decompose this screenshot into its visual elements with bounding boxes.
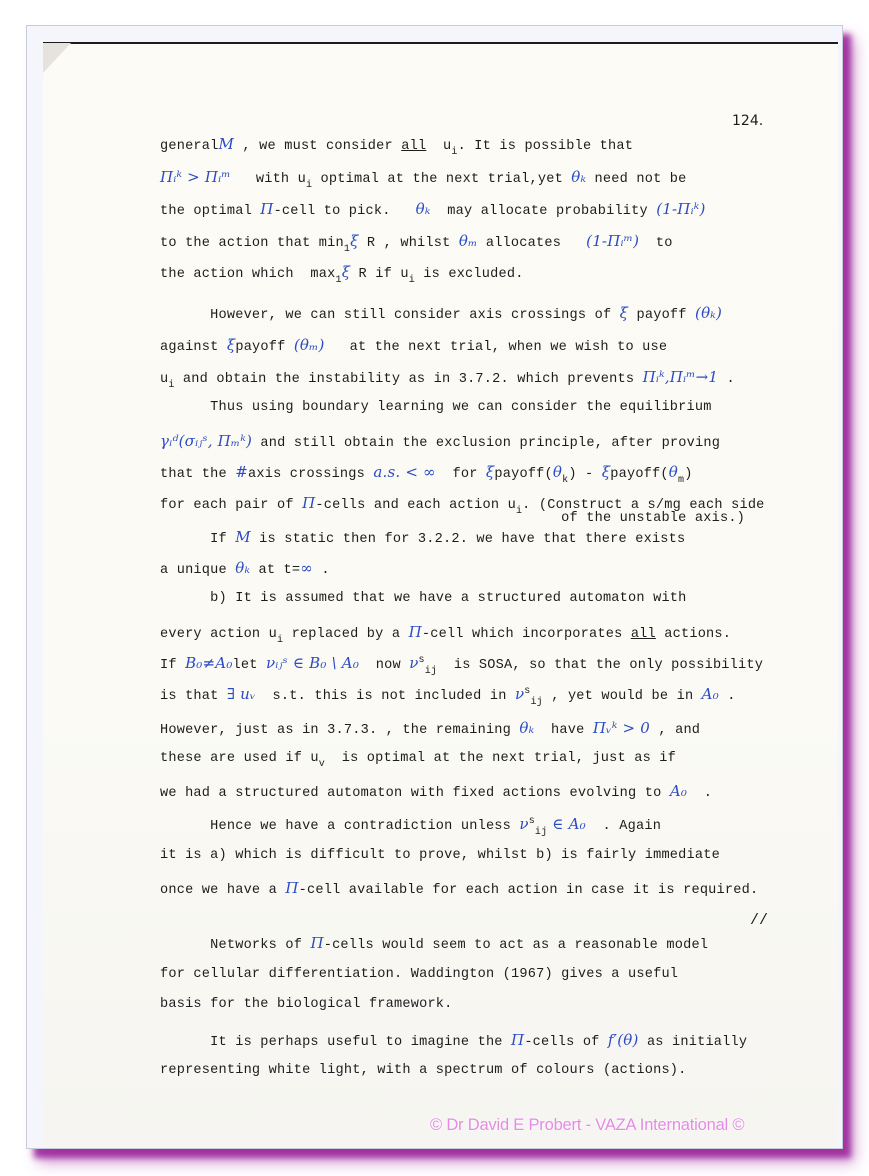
typed-text: at the next trial, when we wish to use [325, 340, 668, 355]
text-line: Networks of Π-cells would seem to act as… [160, 934, 708, 953]
typed-text: allocates [477, 236, 586, 251]
subscript: i [409, 275, 415, 286]
typed-text: axis crossings [248, 467, 373, 482]
typed-text: , and [650, 723, 700, 738]
typed-text: R , whilst [359, 236, 459, 251]
typed-text: we had a structured automaton with fixed… [160, 786, 670, 801]
folded-corner [43, 43, 71, 73]
subscript: 1 [344, 244, 350, 255]
handwritten-annotation: M [219, 135, 235, 153]
typed-text: . [313, 563, 330, 578]
typed-text: a unique [160, 563, 235, 578]
typed-text: -cells of [524, 1035, 608, 1050]
typed-text: once we have a [160, 883, 285, 898]
typed-text: may allocate probability [431, 204, 657, 219]
typed-text: If [160, 532, 235, 547]
typed-text: is excluded. [415, 267, 524, 282]
typed-text: for cellular differentiation. Waddington… [160, 967, 678, 982]
text-line: for cellular differentiation. Waddington… [160, 967, 678, 982]
handwritten-annotation: ξ [350, 232, 358, 250]
handwritten-annotation: νᵢⱼˢ ∈ B₀ \ A₀ [266, 654, 359, 672]
typed-text: . Again [586, 819, 661, 834]
handwritten-annotation: θₖ [416, 200, 431, 218]
text-line: It is perhaps useful to imagine the Π-ce… [160, 1031, 747, 1050]
typed-text: Networks of [160, 938, 310, 953]
typed-text: is that [160, 689, 227, 704]
typed-text: , we must consider [234, 139, 401, 154]
handwritten-annotation: M [235, 528, 251, 546]
superscript: s [419, 655, 425, 666]
typed-text: replaced by a [283, 627, 408, 642]
subscript: ij [535, 827, 547, 838]
typed-text: payoff( [494, 467, 553, 482]
typed-text: at t= [250, 563, 300, 578]
text-line: Hence we have a contradiction unless νsi… [160, 815, 661, 834]
handwritten-annotation: Πᵢᵏ,Πᵢᵐ→1 [643, 368, 719, 386]
typed-text: it is a) which is difficult to prove, wh… [160, 848, 720, 863]
text-line: is that ∃ uᵥ s.t. this is not included i… [160, 685, 736, 704]
typed-text: . [719, 689, 736, 704]
text-line: If M is static then for 3.2.2. we have t… [160, 528, 685, 547]
subscript: ij [530, 697, 542, 708]
typed-text: to [639, 236, 672, 251]
underlined-word: all [631, 627, 656, 642]
subscript: 1 [336, 275, 342, 286]
handwritten-annotation: (1-Πᵢᵏ) [656, 200, 705, 218]
typed-text: If [160, 658, 185, 673]
subscript: ij [425, 666, 437, 677]
typed-text: representing white light, with a spectru… [160, 1063, 687, 1078]
typed-text: However, just as in 3.7.3. , the remaini… [160, 723, 519, 738]
text-line: that the #axis crossings a.s. < ∞ for ξp… [160, 463, 693, 482]
handwritten-annotation: ξ [342, 263, 350, 281]
handwritten-annotation: A₀ [702, 685, 719, 703]
text-line: we had a structured automaton with fixed… [160, 782, 712, 801]
text-line: a unique θₖ at t=∞ . [160, 559, 330, 578]
typed-text: that the [160, 467, 235, 482]
typed-text: the action which max [160, 267, 336, 282]
typed-text: let [233, 658, 266, 673]
typed-text: payoff [235, 340, 294, 355]
subscript: v [319, 759, 325, 770]
handwritten-annotation: Π [511, 1031, 524, 1049]
page-number: 124. [732, 113, 763, 129]
handwritten-annotation: ν [515, 685, 524, 703]
text-line: Thus using boundary learning we can cons… [160, 400, 712, 415]
handwritten-annotation: (θₘ) [294, 336, 325, 354]
handwritten-annotation: f′(θ) [608, 1031, 639, 1049]
typed-text: against [160, 340, 227, 355]
handwritten-annotation: Π [302, 494, 315, 512]
typed-text: to the action that min [160, 236, 344, 251]
typed-text: general [160, 139, 219, 154]
typed-text: payoff [628, 308, 695, 323]
typed-text: u [426, 139, 451, 154]
typed-text: Hence we have a contradiction unless [160, 819, 519, 834]
superscript: s [529, 816, 535, 827]
text-line: the action which max1ξ R if ui is exclud… [160, 263, 524, 282]
handwritten-annotation: ∞ [300, 559, 313, 577]
subscript: k [562, 475, 568, 486]
handwritten-annotation: Πᵥᵏ > 0 [593, 719, 650, 737]
text-line: to the action that min1ξ R , whilst θₘ a… [160, 232, 673, 251]
text-line: once we have a Π-cell available for each… [160, 879, 758, 898]
handwritten-annotation: (θₖ) [695, 304, 722, 322]
typed-text: have [534, 723, 593, 738]
handwritten-annotation: θ [669, 463, 678, 481]
typed-text: optimal at the next trial,yet [312, 172, 571, 187]
subscript: i [306, 180, 312, 191]
handwritten-annotation: γᵢᵈ(σᵢⱼˢ, Πₘᵏ) [160, 432, 252, 450]
typed-text: and still obtain the exclusion principle… [252, 436, 720, 451]
handwritten-annotation: (1-Πᵢᵐ) [586, 232, 639, 250]
typed-text: . [687, 786, 712, 801]
typed-text: ) - [568, 467, 601, 482]
typed-text: It is perhaps useful to imagine the [160, 1035, 511, 1050]
typed-text: now [359, 658, 409, 673]
typed-text: b) It is assumed that we have a structur… [160, 591, 687, 606]
handwritten-annotation: θₖ [235, 559, 250, 577]
typed-text: -cell to pick. [274, 204, 416, 219]
subscript: m [678, 475, 684, 486]
typed-text: with u [231, 172, 306, 187]
typed-text: -cell which incorporates [422, 627, 631, 642]
handwritten-annotation: Π [285, 879, 298, 897]
subscript: i [168, 380, 174, 391]
handwritten-annotation: Πᵢᵏ > Πᵢᵐ [160, 168, 231, 186]
handwritten-annotation: ξ [602, 463, 610, 481]
typed-text: -cell available for each action in case … [299, 883, 759, 898]
typed-text: as initially [639, 1035, 748, 1050]
handwritten-annotation: θ [553, 463, 562, 481]
handwritten-annotation: Π [409, 623, 422, 641]
subscript: i [451, 147, 457, 158]
typed-text: of the unstable axis.) [160, 511, 745, 526]
handwritten-annotation: a.s. < ∞ [373, 463, 435, 481]
text-line: against ξpayoff (θₘ) at the next trial, … [160, 336, 667, 355]
handwritten-annotation: θₘ [459, 232, 478, 250]
text-line: representing white light, with a spectru… [160, 1063, 687, 1078]
handwritten-annotation: Π [260, 200, 273, 218]
typed-text: Thus using boundary learning we can cons… [160, 400, 712, 415]
text-line: However, we can still consider axis cros… [160, 304, 722, 323]
typed-text: need not be [586, 172, 686, 187]
text-line: of the unstable axis.) [160, 511, 745, 526]
text-line: the optimal Π-cell to pick. θₖ may alloc… [160, 200, 706, 219]
typed-text: s.t. this is not included in [256, 689, 515, 704]
typed-text: However, we can still consider axis cros… [160, 308, 620, 323]
handwritten-annotation: ∃ uᵥ [227, 685, 256, 703]
copyright-watermark: © Dr David E Probert - VAZA Internationa… [430, 1116, 744, 1135]
text-line: every action ui replaced by a Π-cell whi… [160, 623, 731, 642]
handwritten-annotation: B₀≠A₀ [185, 654, 232, 672]
handwritten-annotation: ν [409, 654, 418, 672]
typed-text: is SOSA, so that the only possibility [437, 658, 763, 673]
text-line: generalM , we must consider all ui. It i… [160, 135, 633, 154]
typed-text: R if u [350, 267, 409, 282]
typed-text: is optimal at the next trial, just as if [325, 751, 676, 766]
text-line: basis for the biological framework. [160, 997, 453, 1012]
typed-text: payoff( [610, 467, 669, 482]
typed-text: . [718, 372, 735, 387]
handwritten-annotation: A₀ [670, 782, 687, 800]
superscript: s [524, 686, 530, 697]
typed-text: every action u [160, 627, 277, 642]
text-line: If B₀≠A₀let νᵢⱼˢ ∈ B₀ \ A₀ now νsij is S… [160, 654, 763, 673]
end-of-proof-mark: // [750, 912, 768, 929]
typed-text: . It is possible that [458, 139, 634, 154]
typed-text: basis for the biological framework. [160, 997, 453, 1012]
handwritten-annotation: ν [519, 815, 528, 833]
handwritten-annotation: θₖ [519, 719, 534, 737]
typed-text: is static then for 3.2.2. we have that t… [251, 532, 686, 547]
underlined-word: all [401, 139, 426, 154]
typed-text: these are used if u [160, 751, 319, 766]
typed-text: the optimal [160, 204, 260, 219]
subscript: i [277, 635, 283, 646]
typed-text: ) [684, 467, 692, 482]
text-line: However, just as in 3.7.3. , the remaini… [160, 719, 700, 738]
handwritten-annotation: Π [310, 934, 323, 952]
text-line: Πᵢᵏ > Πᵢᵐ with ui optimal at the next tr… [160, 168, 687, 187]
typed-text: , yet would be in [543, 689, 702, 704]
handwritten-annotation: ξ [620, 304, 628, 322]
handwritten-annotation: ∈ A₀ [547, 815, 586, 833]
typed-text: and obtain the instability as in 3.7.2. … [175, 372, 643, 387]
text-line: it is a) which is difficult to prove, wh… [160, 848, 720, 863]
text-line: ui and obtain the instability as in 3.7.… [160, 368, 735, 387]
typed-text: actions. [656, 627, 731, 642]
text-line: b) It is assumed that we have a structur… [160, 591, 687, 606]
text-line: these are used if uv is optimal at the n… [160, 751, 676, 766]
handwritten-annotation: # [235, 463, 248, 481]
typed-text: for [436, 467, 486, 482]
text-line: γᵢᵈ(σᵢⱼˢ, Πₘᵏ) and still obtain the excl… [160, 432, 720, 451]
typed-text: -cells would seem to act as a reasonable… [324, 938, 708, 953]
handwritten-annotation: θₖ [571, 168, 586, 186]
